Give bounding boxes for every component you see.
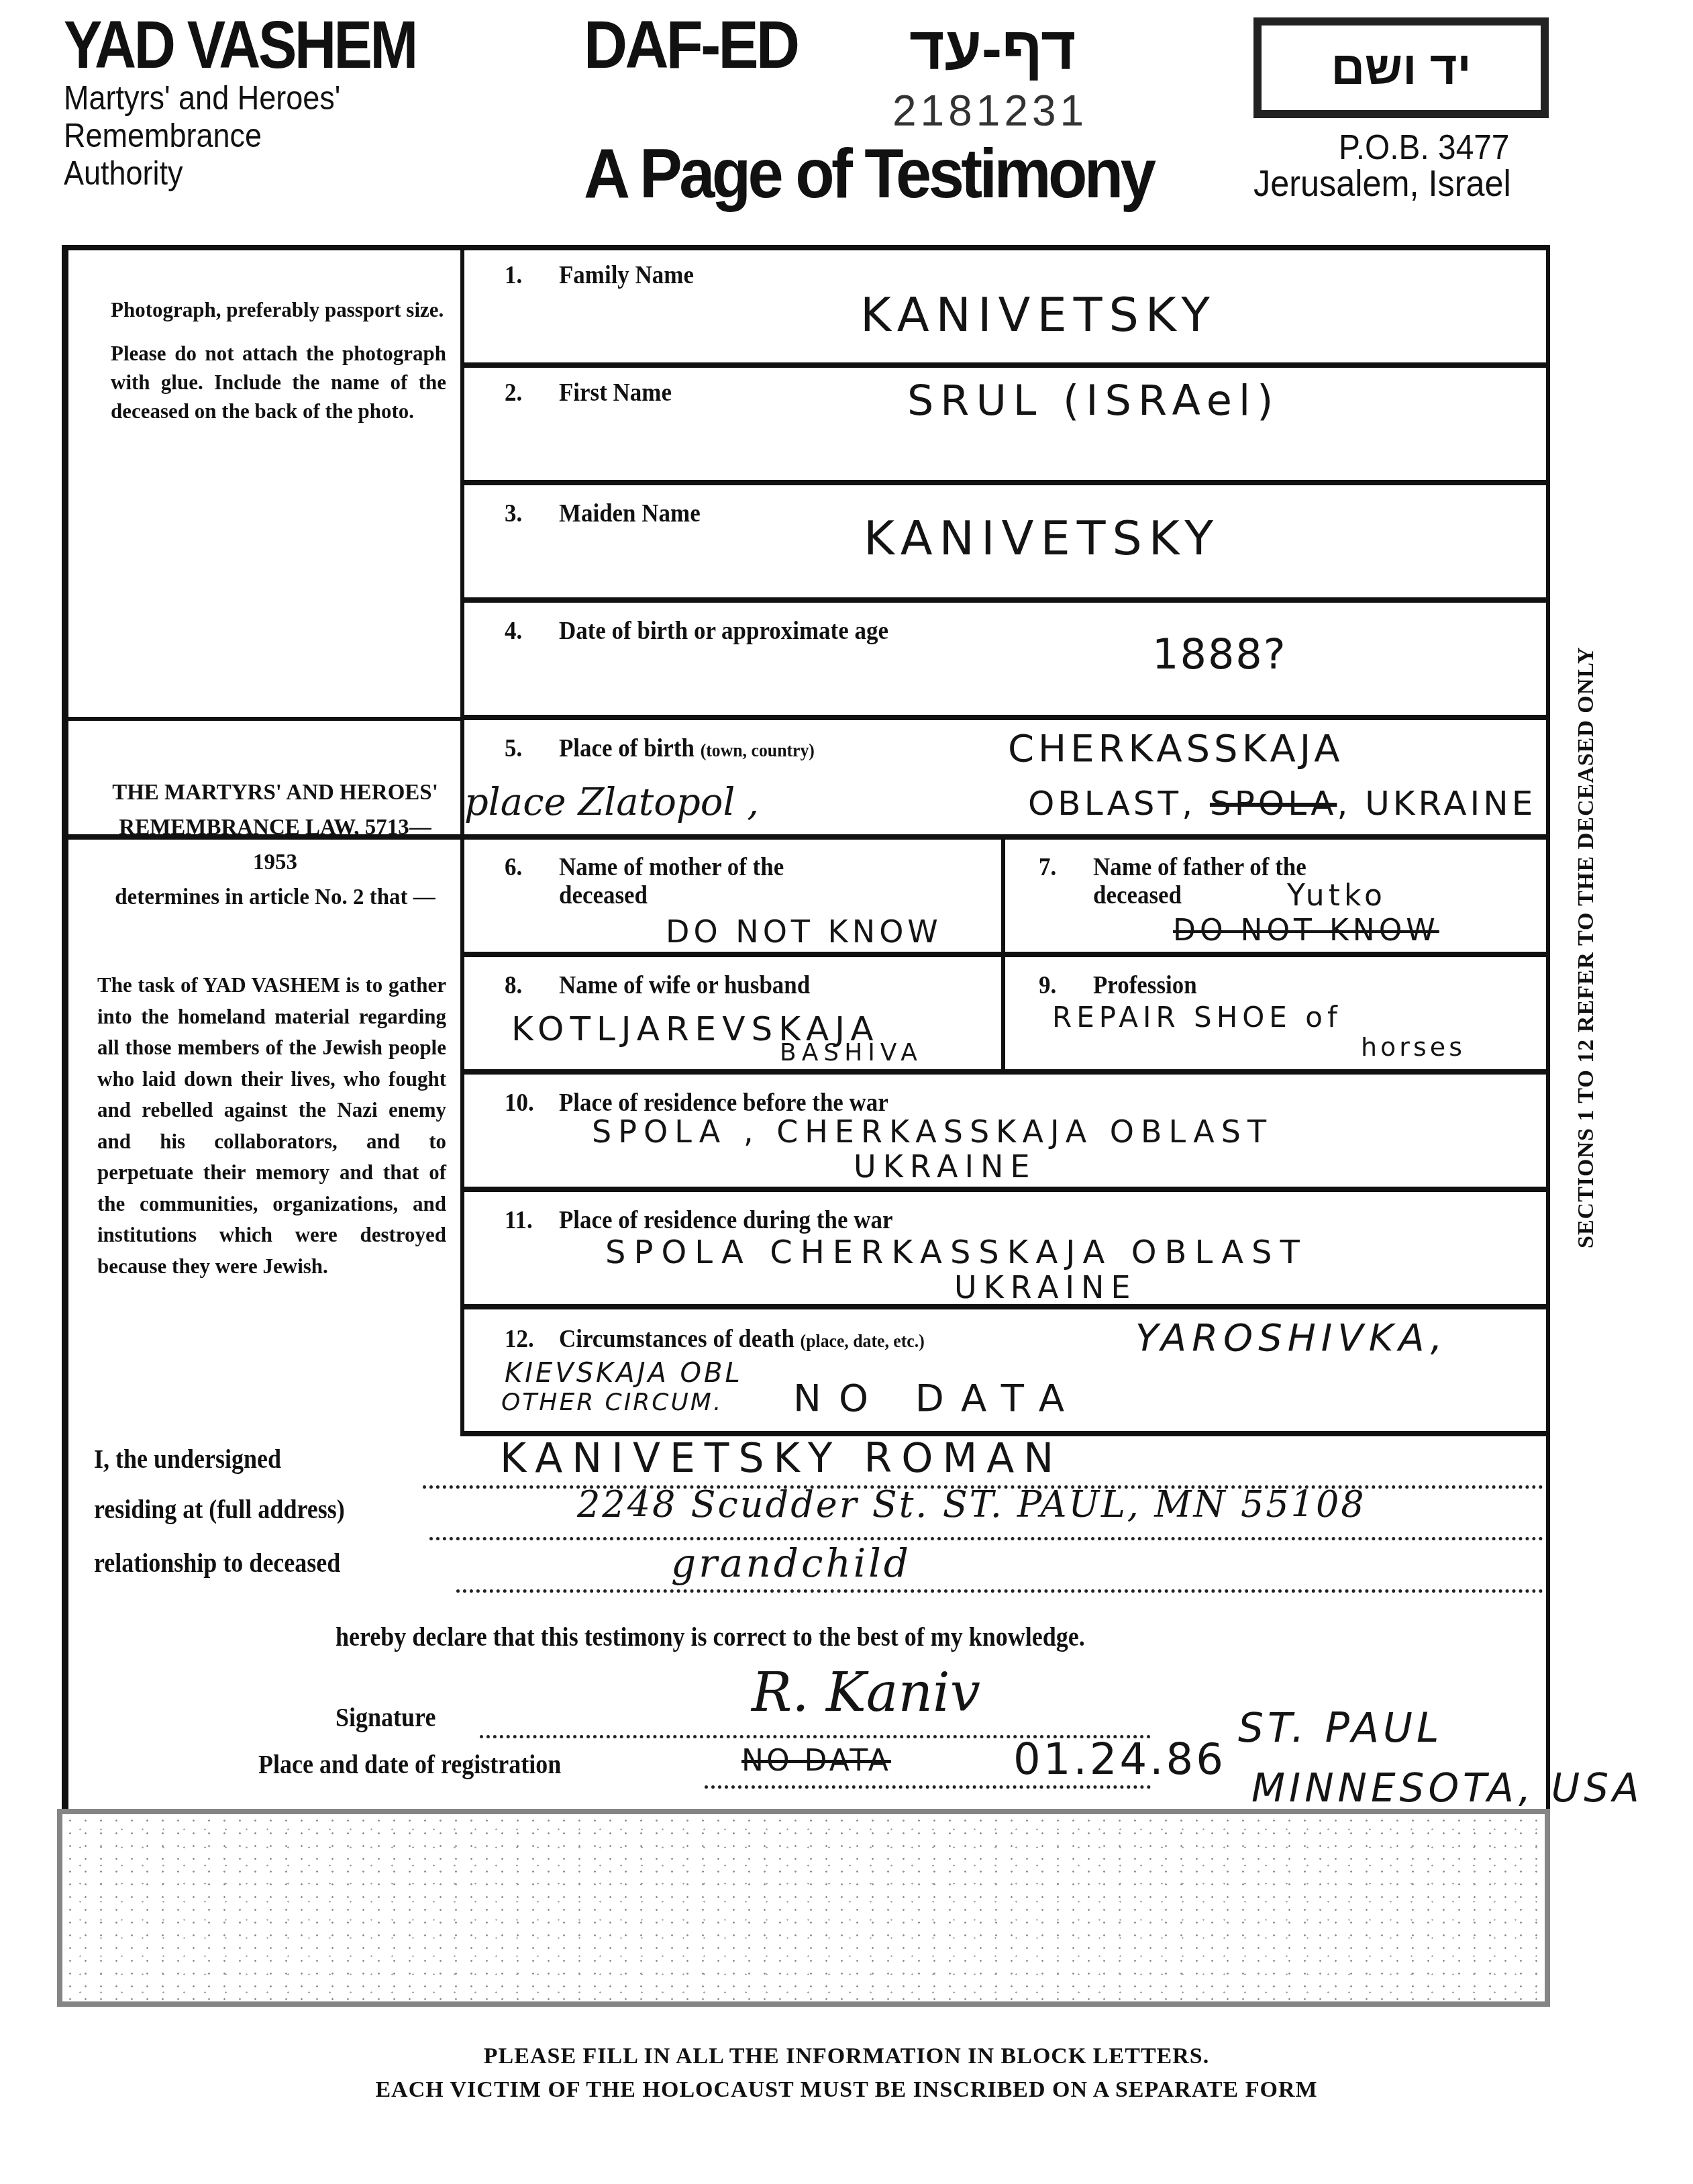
field-maiden-name[interactable]: 3.Maiden Name KANIVETSKY xyxy=(464,485,1546,603)
registration-label: Place and date of registration xyxy=(258,1748,561,1780)
field-number: 11. xyxy=(505,1205,559,1235)
law-body: The task of YAD VASHEM is to gather into… xyxy=(97,970,446,1282)
field-label: Maiden Name xyxy=(559,499,701,528)
field-label: deceased xyxy=(559,881,648,909)
registration-place-line1[interactable]: ST. PAUL xyxy=(1238,1705,1443,1752)
field-label: Circumstances of death xyxy=(559,1325,794,1353)
field-number: 1. xyxy=(505,260,559,290)
photo-instructions: Photograph, preferably passport size. Pl… xyxy=(111,295,446,440)
address-label: residing at (full address) xyxy=(94,1493,345,1525)
address-line xyxy=(429,1537,1543,1540)
field-label: Place of birth xyxy=(559,734,695,762)
org-subtitle-line: Remembrance xyxy=(64,117,340,154)
undersigned-label: I, the undersigned xyxy=(94,1443,281,1475)
field-value-line3-prefix: OTHER CIRCUM. xyxy=(501,1389,723,1416)
field-profession[interactable]: 9.Profession REPAIR SHOE of horses xyxy=(1005,957,1546,1069)
field-value-line3: NO DATA xyxy=(793,1377,1082,1420)
registration-date[interactable]: 01.24.86 xyxy=(1013,1735,1226,1785)
field-family-name[interactable]: 1.Family Name KANIVETSKY xyxy=(464,250,1546,368)
page-title: A Page of Testimony xyxy=(584,134,1153,214)
field-number: 9. xyxy=(1039,971,1093,1000)
field-value-line2: UKRAINE xyxy=(954,1269,1137,1305)
relationship-label: relationship to deceased xyxy=(94,1547,340,1579)
field-label-note: (town, country) xyxy=(701,740,815,761)
field-number: 12. xyxy=(505,1324,559,1354)
field-value: SRUL (ISRAel) xyxy=(907,376,1280,425)
field-value-line1: REPAIR SHOE of xyxy=(1052,1001,1342,1034)
declaration-left-border xyxy=(62,1436,68,1809)
declaration-statement: hereby declare that this testimony is co… xyxy=(336,1621,1085,1652)
declaration-right-border xyxy=(1546,1436,1550,1809)
field-residence-before-war[interactable]: 10.Place of residence before the war SPO… xyxy=(464,1075,1546,1192)
form-code: DAF-ED xyxy=(584,7,797,84)
field-value-part: , UKRAINE xyxy=(1337,784,1536,823)
org-subtitle-line: Authority xyxy=(64,154,340,192)
field-label: Profession xyxy=(1093,971,1197,999)
address-value[interactable]: 2248 Scudder St. ST. PAUL, MN 55108 xyxy=(577,1483,1366,1526)
field-mother-name[interactable]: 6.Name of mother of thedeceased DO NOT K… xyxy=(464,840,1001,952)
field-value: Yutko xyxy=(1287,879,1386,913)
field-value: KANIVETSKY xyxy=(860,287,1217,342)
field-label: Place of residence during the war xyxy=(559,1206,892,1234)
row-spouse-profession: 8.Name of wife or husband KOTLJAREVSKAJA… xyxy=(464,957,1546,1075)
field-value: DO NOT KNOW xyxy=(666,913,942,950)
law-intro: determines in article No. 2 that — xyxy=(101,880,450,915)
field-value-line1: SPOLA CHERKASSKAJA OBLAST xyxy=(605,1234,1308,1271)
field-number: 4. xyxy=(505,616,559,646)
signature-value[interactable]: R. Kaniv xyxy=(752,1661,980,1724)
field-date-of-birth[interactable]: 4.Date of birth or approximate age 1888? xyxy=(464,603,1546,720)
sections-note: SECTIONS 1 TO 12 REFER TO THE DECEASED O… xyxy=(1574,647,1599,1248)
field-number: 10. xyxy=(505,1088,559,1118)
org-subtitle: Martyrs' and Heroes' Remembrance Authori… xyxy=(64,79,340,192)
struck-value: SPOLA xyxy=(1210,784,1337,823)
field-value: 1888? xyxy=(1152,630,1287,679)
photo-note-line: Photograph, preferably passport size. xyxy=(111,295,446,324)
field-value: KANIVETSKY xyxy=(864,511,1220,566)
field-value-line1: SPOLA , CHERKASSKAJA OBLAST xyxy=(592,1113,1273,1150)
field-label: Place of residence before the war xyxy=(559,1089,888,1117)
field-first-name[interactable]: 2.First Name SRUL (ISRAel) xyxy=(464,368,1546,485)
field-value-line2: OBLAST, SPOLA, UKRAINE xyxy=(1028,784,1536,823)
document-number: 2181231 xyxy=(892,86,1088,136)
footer-instruction-2: EACH VICTIM OF THE HOLOCAUST MUST BE INS… xyxy=(0,2077,1693,2103)
field-place-of-birth[interactable]: 5.Place of birth (town, country) CHERKAS… xyxy=(62,720,1546,840)
field-number: 8. xyxy=(505,971,559,1000)
struck-value: DO NOT KNOW xyxy=(1173,913,1439,948)
org-name: YAD VASHEM xyxy=(64,7,416,84)
registration-place-line2[interactable]: MINNESOTA, USA xyxy=(1251,1765,1643,1811)
field-circumstances-of-death[interactable]: 12.Circumstances of death (place, date, … xyxy=(464,1309,1546,1436)
registration-struck: NO DATA xyxy=(741,1744,891,1778)
field-label-note: (place, date, etc.) xyxy=(801,1331,925,1352)
field-number: 2. xyxy=(505,378,559,407)
row-parents: 6.Name of mother of thedeceased DO NOT K… xyxy=(464,840,1546,957)
field-value-prefix: place Zlatopol , xyxy=(464,781,764,824)
logo-text: יד ושם xyxy=(1331,41,1471,95)
city: Jerusalem, Israel xyxy=(1253,161,1511,205)
org-subtitle-line: Martyrs' and Heroes' xyxy=(64,79,340,117)
office-use-stamp-area xyxy=(57,1809,1550,2007)
field-value-line2: KIEVSKAJA OBL xyxy=(505,1358,743,1389)
field-value-line1: CHERKASSKAJA xyxy=(1008,727,1344,771)
registration-line xyxy=(705,1785,1151,1789)
field-spouse-name[interactable]: 8.Name of wife or husband KOTLJAREVSKAJA… xyxy=(464,957,1001,1069)
field-number: 7. xyxy=(1039,853,1093,881)
field-label: deceased xyxy=(1093,881,1182,909)
undersigned-value[interactable]: KANIVETSKY ROMAN xyxy=(500,1435,1063,1482)
field-number: 5. xyxy=(505,734,559,763)
field-label: Name of wife or husband xyxy=(559,971,810,999)
field-value-line2: horses xyxy=(1361,1032,1466,1062)
field-value-part: OBLAST, xyxy=(1028,784,1196,823)
field-value-line1: YAROSHIVKA, xyxy=(1135,1316,1448,1360)
field-value-line2: BASHIVA xyxy=(780,1039,923,1066)
yad-vashem-logo: יד ושם xyxy=(1253,17,1549,118)
hebrew-form-code: דף-עד xyxy=(909,15,1076,84)
photo-note-line: Please do not attach the photograph with… xyxy=(111,339,446,426)
field-residence-during-war[interactable]: 11.Place of residence during the war SPO… xyxy=(464,1192,1546,1309)
field-number: 6. xyxy=(505,853,559,881)
signature-label: Signature xyxy=(336,1701,435,1733)
field-father-name[interactable]: 7.Name of father of thedeceased Yutko DO… xyxy=(1005,840,1546,952)
field-label: Family Name xyxy=(559,261,694,289)
field-number: 3. xyxy=(505,499,559,528)
field-label: Name of mother of the xyxy=(559,853,784,881)
field-label: Name of father of the xyxy=(1093,853,1306,881)
field-label: First Name xyxy=(559,379,672,407)
footer-instruction-1: PLEASE FILL IN ALL THE INFORMATION IN BL… xyxy=(0,2044,1693,2069)
field-value-line2: UKRAINE xyxy=(854,1148,1036,1185)
field-label: Date of birth or approximate age xyxy=(559,617,888,645)
relationship-value[interactable]: grandchild xyxy=(671,1540,911,1586)
relationship-line xyxy=(456,1589,1543,1593)
